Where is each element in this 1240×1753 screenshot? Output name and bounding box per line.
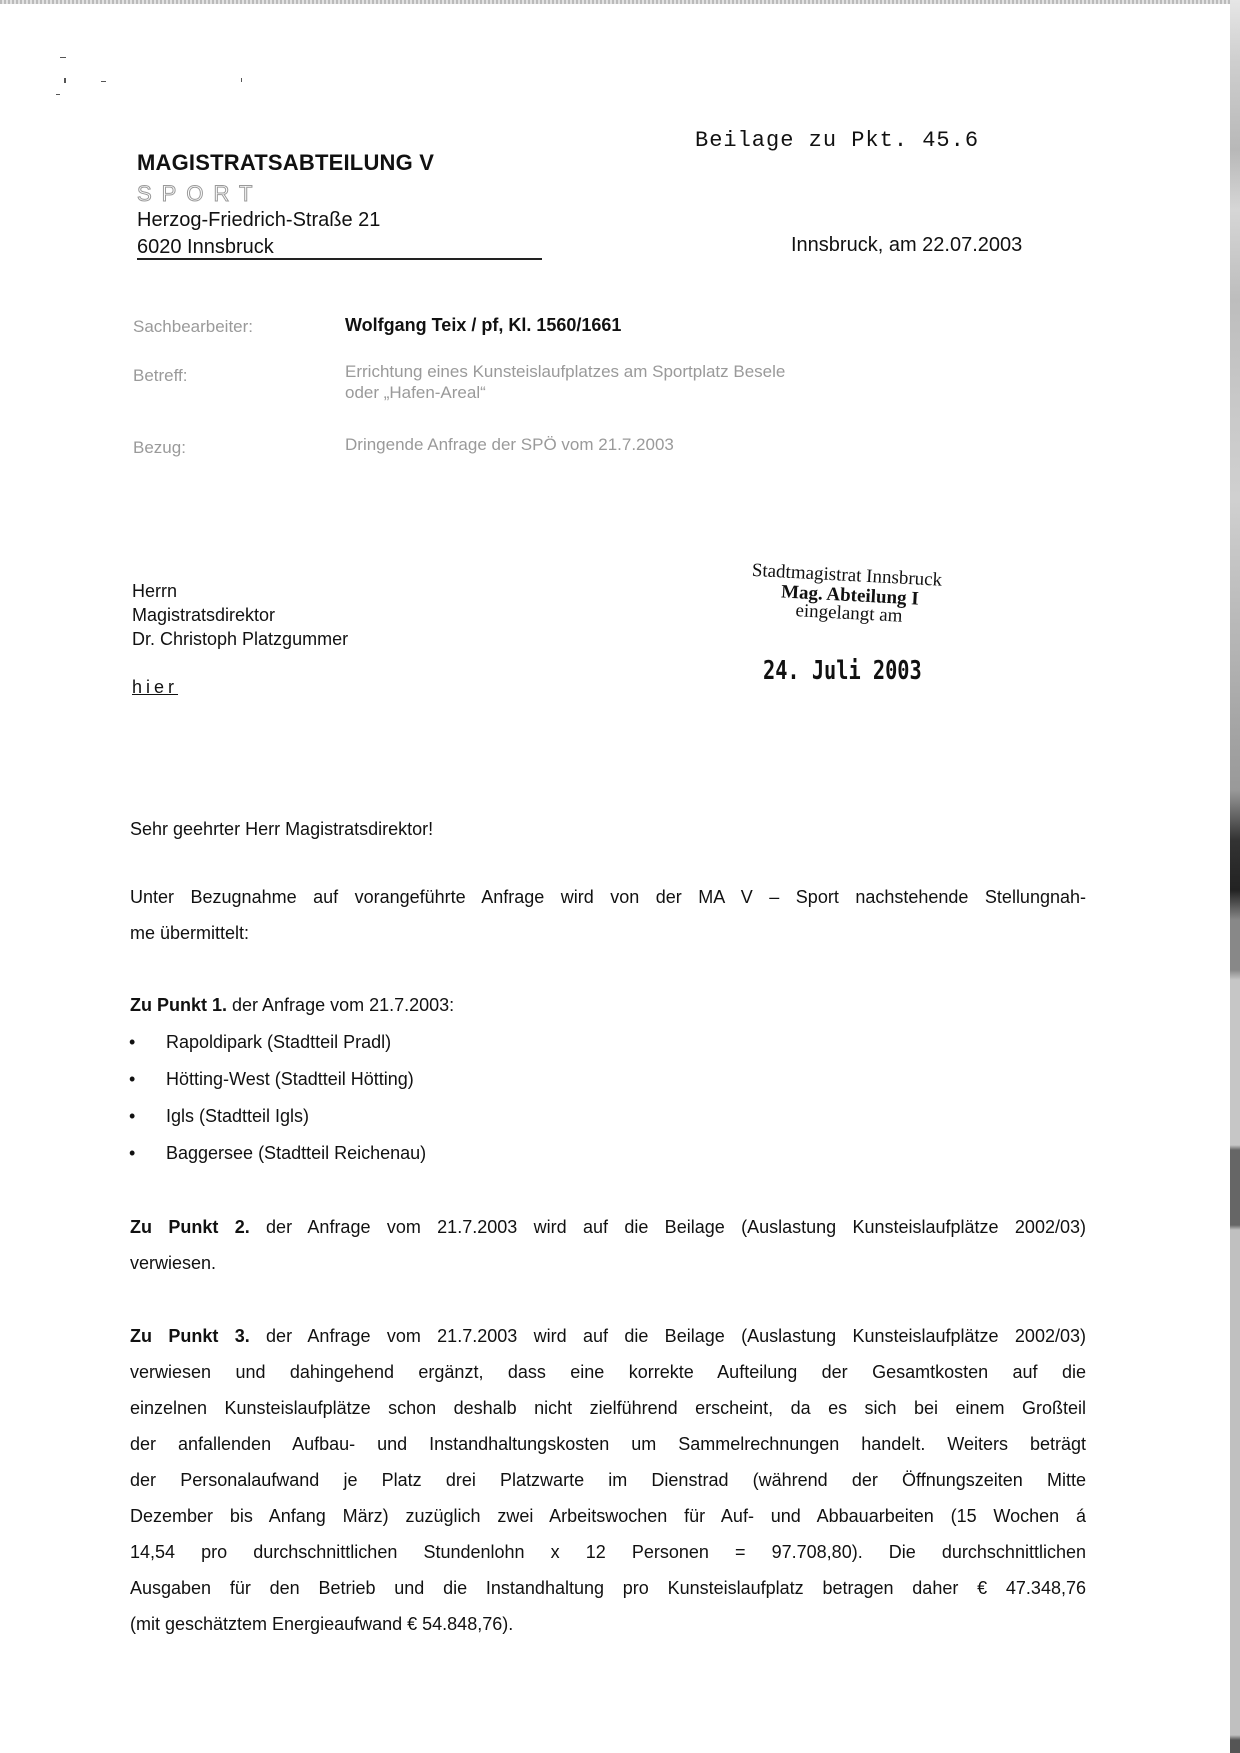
punkt3-line: der anfallenden Aufbau- und Instandhaltu…	[130, 1434, 1086, 1455]
punkt1-label: Zu Punkt 1.	[130, 995, 227, 1015]
letter-date: Innsbruck, am 22.07.2003	[791, 234, 1022, 257]
scan-speck	[101, 81, 106, 82]
punkt3-label: Zu Punkt 3.	[130, 1326, 250, 1346]
letterhead-rule	[137, 258, 542, 260]
betreff-label: Betreff:	[133, 366, 188, 386]
division-name: SPORT	[137, 181, 262, 207]
punkt3-line: einzelnen Kunsteislaufplätze schon desha…	[130, 1398, 1086, 1419]
bezug-value: Dringende Anfrage der SPÖ vom 21.7.2003	[345, 435, 674, 455]
betreff-line-1: Errichtung eines Kunsteislaufplatzes am …	[345, 362, 785, 382]
scan-edge-top	[0, 0, 1240, 4]
attachment-note: Beilage zu Pkt. 45.6	[695, 128, 979, 153]
list-item: Hötting-West (Stadtteil Hötting)	[166, 1069, 414, 1090]
punkt2-line-1: Zu Punkt 2. der Anfrage vom 21.7.2003 wi…	[130, 1217, 1086, 1238]
intro-line-2: me übermittelt:	[130, 923, 249, 944]
list-item: Rapoldipark (Stadtteil Pradl)	[166, 1032, 391, 1053]
bullet-icon: •	[129, 1069, 135, 1090]
bullet-icon: •	[129, 1143, 135, 1164]
punkt3-line: Ausgaben für den Betrieb und die Instand…	[130, 1578, 1086, 1599]
punkt3-last-line: (mit geschätztem Energieaufwand € 54.848…	[130, 1614, 513, 1635]
department-name: MAGISTRATSABTEILUNG V	[137, 150, 434, 176]
punkt3-line: verwiesen und dahingehend ergänzt, dass …	[130, 1362, 1086, 1383]
bullet-icon: •	[129, 1106, 135, 1127]
punkt1-heading: Zu Punkt 1. der Anfrage vom 21.7.2003:	[130, 995, 454, 1016]
recipient-salutation: Herrn	[132, 581, 177, 602]
bezug-label: Bezug:	[133, 438, 186, 458]
scan-speck	[64, 78, 66, 83]
recipient-location: hier	[132, 677, 178, 698]
punkt1-text: der Anfrage vom 21.7.2003:	[227, 995, 454, 1015]
list-item: Igls (Stadtteil Igls)	[166, 1106, 309, 1127]
punkt3-line-1: Zu Punkt 3. der Anfrage vom 21.7.2003 wi…	[130, 1326, 1086, 1347]
punkt3-line: Dezember bis Anfang März) zuzüglich zwei…	[130, 1506, 1086, 1527]
receipt-stamp: Stadtmagistrat Innsbruck Mag. Abteilung …	[714, 558, 987, 630]
scan-edge-right	[1230, 0, 1240, 1753]
scan-speck	[60, 57, 66, 58]
list-item: Baggersee (Stadtteil Reichenau)	[166, 1143, 426, 1164]
recipient-name: Dr. Christoph Platzgummer	[132, 629, 348, 650]
sachbearbeiter-value: Wolfgang Teix / pf, Kl. 1560/1661	[345, 315, 621, 336]
sachbearbeiter-label: Sachbearbeiter:	[133, 317, 253, 337]
scan-speck	[56, 94, 60, 95]
punkt3-line: der Personalaufwand je Platz drei Platzw…	[130, 1470, 1086, 1491]
scan-speck	[241, 78, 242, 82]
intro-line-1: Unter Bezugnahme auf vorangeführte Anfra…	[130, 887, 1086, 908]
stamp-date: 24. Juli 2003	[763, 656, 922, 686]
recipient-title: Magistratsdirektor	[132, 605, 275, 626]
sender-street: Herzog-Friedrich-Straße 21	[137, 209, 380, 232]
sender-city: 6020 Innsbruck	[137, 236, 274, 259]
punkt2-line-2: verwiesen.	[130, 1253, 216, 1274]
salutation: Sehr geehrter Herr Magistratsdirektor!	[130, 819, 433, 840]
betreff-line-2: oder „Hafen-Areal“	[345, 383, 486, 403]
punkt2-label: Zu Punkt 2.	[130, 1217, 250, 1237]
bullet-icon: •	[129, 1032, 135, 1053]
punkt3-line: 14,54 pro durchschnittlichen Stundenlohn…	[130, 1542, 1086, 1563]
